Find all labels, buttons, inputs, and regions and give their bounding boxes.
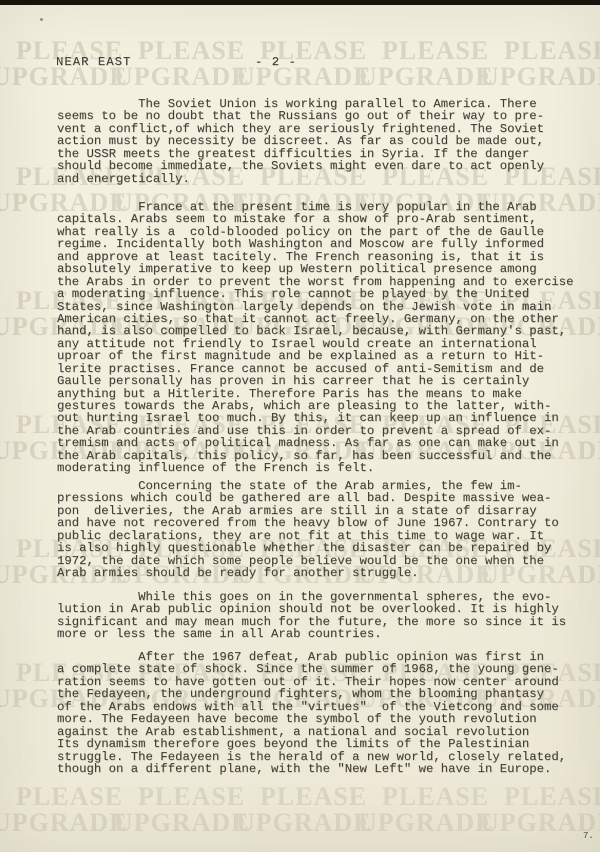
text-line: moderating influence of the French is fe… (57, 462, 574, 474)
text-line: capitals. Arabs seem to mistake for a sh… (57, 213, 574, 225)
text-line: is also highly questionable whether the … (57, 542, 559, 554)
scan-edge-artifact (0, 0, 600, 5)
text-line: uproar of the first magnitude and be exp… (57, 350, 574, 362)
corner-mark: 7. (583, 831, 594, 841)
text-line: the Fedayeen, the underground fighters, … (57, 688, 566, 700)
text-line: more or less the same in all Arab countr… (57, 628, 566, 640)
document-body: NEAR EAST - 2 - The Soviet Union is work… (0, 0, 600, 852)
text-line: and have not recovered from the heavy bl… (57, 517, 559, 529)
text-line: out hurting Israel too much. By this, it… (57, 412, 574, 424)
paragraph: After the 1967 defeat, Arab public opini… (57, 651, 566, 775)
paragraph: Concerning the state of the Arab armies,… (57, 480, 559, 580)
text-line: pressions which could be gathered are al… (57, 492, 559, 504)
text-line: Arab armies should be ready for another … (57, 567, 559, 579)
paragraph: France at the present time is very popul… (57, 201, 574, 475)
paragraph: The Soviet Union is working parallel to … (57, 98, 544, 185)
document-page: PLEASEPLEASEPLEASEPLEASEPLEASEPLEASEPLEA… (0, 0, 600, 852)
text-line: Gaulle personally has proven in his carr… (57, 375, 574, 387)
text-line: more. The Fedayeen have become the symbo… (57, 713, 566, 725)
text-line: and energetically. (57, 173, 544, 185)
text-line: seems to be no doubt that the Russians g… (57, 110, 544, 122)
text-line: action must by necessity be discreet. As… (57, 135, 544, 147)
paragraph: While this goes on in the governmental s… (57, 591, 566, 641)
text-line: lution in Arab public opinion should not… (57, 603, 566, 615)
text-line: should become immediate, the Soviets mig… (57, 160, 544, 172)
text-line: Its dynamism therefore goes beyond the l… (57, 738, 566, 750)
page-number: - 2 - (255, 55, 297, 69)
text-line: tremism and acts of political madness. A… (57, 437, 574, 449)
text-line: absolutely imperative to keep up Western… (57, 263, 574, 275)
text-line: a complete state of shock. Since the sum… (57, 663, 566, 675)
section-title: NEAR EAST (56, 55, 131, 69)
text-line: regime. Incidentally both Washington and… (57, 238, 574, 250)
text-line: a moderating influence. This role cannot… (57, 288, 574, 300)
text-line: hand, is also compelled to back Israel, … (57, 325, 574, 337)
text-line: though on a different plane, with the "N… (57, 763, 566, 775)
